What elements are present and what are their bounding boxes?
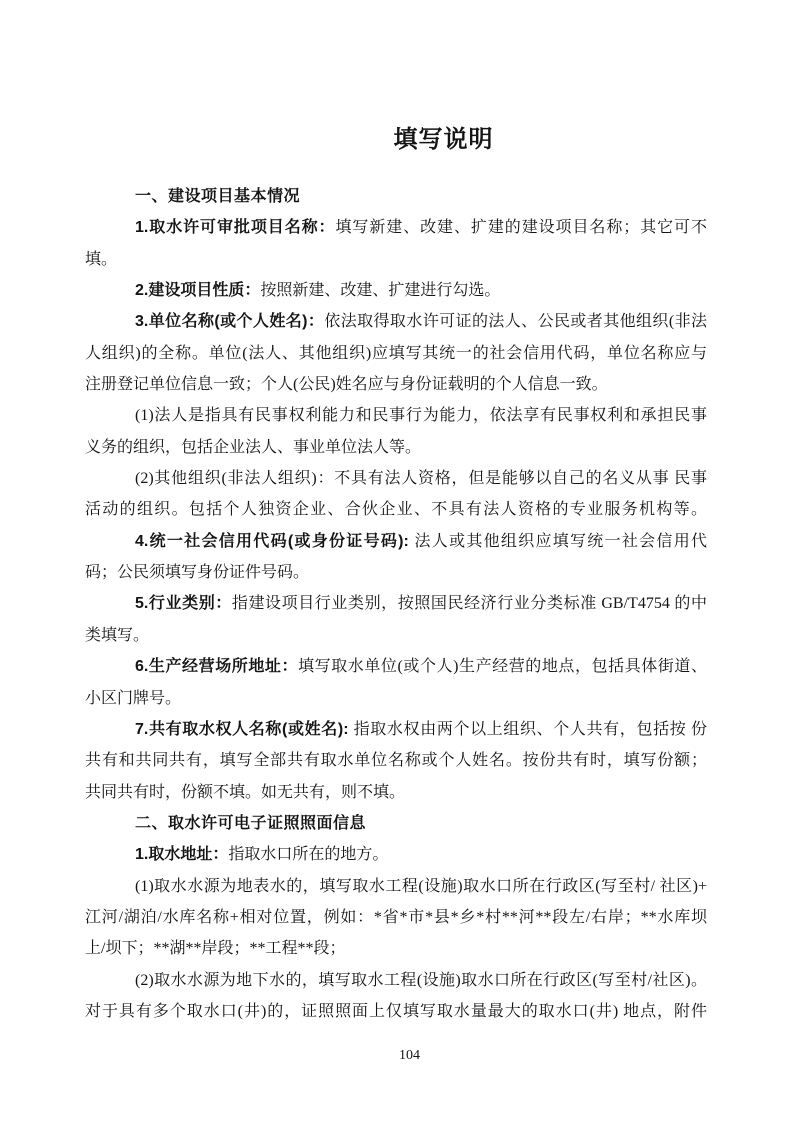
text-line: 5.行业类别：指建设项目行业类别，按照国民经济行业分类标准 GB/T4754 的…	[85, 588, 707, 619]
item-text: 注册登记单位信息一致；个人(公民)姓名应与身份证载明的个人信息一致。	[85, 376, 608, 393]
item-text: 类填写。	[85, 627, 149, 644]
text-line: 江河/湖泊/水库名称+相对位置，例如：*省*市*县*乡*村**河**段左/右岸；…	[85, 902, 707, 933]
item-text: 小区门牌号。	[85, 690, 181, 707]
page-title: 填写说明	[0, 123, 793, 157]
item-label: 2.建设项目性质：	[135, 282, 260, 299]
item-label: 3.单位名称(或个人姓名)：	[135, 313, 324, 330]
item-label: 1.取水许可审批项目名称：	[135, 219, 335, 236]
section-heading-label: 二、取水许可电子证照照面信息	[135, 815, 366, 832]
text-line: 类填写。	[85, 620, 707, 651]
item-label: 4.统一社会信用代码(或身份证号码):	[135, 533, 415, 550]
text-line: 3.单位名称(或个人姓名)：依法取得取水许可证的法人、公民或者其他组织(非法	[85, 306, 707, 337]
text-line: 共同共有时，份额不填。如无共有，则不填。	[85, 777, 707, 808]
text-line: 1.取水地址：指取水口所在的地方。	[85, 839, 707, 870]
text-line: (2)其他组织(非法人组织)：不具有法人资格，但是能够以自己的名义从事 民事	[85, 463, 707, 494]
text-line: 填。	[85, 244, 707, 275]
text-line: 小区门牌号。	[85, 683, 707, 714]
item-text: 依法取得取水许可证的法人、公民或者其他组织(非法	[324, 313, 707, 330]
item-text: (1)取水水源为地表水的，填写取水工程(设施)取水口所在行政区(写至村/ 社区)…	[135, 878, 707, 895]
item-text: 义务的组织，包括企业法人、事业单位法人等。	[85, 439, 421, 456]
text-line: 7.共有取水权人名称(或姓名): 指取水权由两个以上组织、个人共有，包括按 份	[85, 714, 707, 745]
item-text: 填写取水单位(或个人)生产经营的地点，包括具体街道、	[298, 658, 707, 675]
item-text: 共同共有时，份额不填。如无共有，则不填。	[85, 784, 405, 801]
document-page: 填写说明 一、建设项目基本情况 1.取水许可审批项目名称：填写新建、改建、扩建的…	[0, 0, 793, 1122]
text-line: 码；公民须填写身份证件号码。	[85, 557, 707, 588]
text-line: 活动的组织。包括个人独资企业、合伙企业、不具有法人资格的专业服务机构等。	[85, 494, 707, 525]
item-text: 江河/湖泊/水库名称+相对位置，例如：*省*市*县*乡*村**河**段左/右岸；…	[85, 909, 707, 926]
text-line: 共有和共同共有，填写全部共有取水单位名称或个人姓名。按份共有时，填写份额；	[85, 745, 707, 776]
item-label: 5.行业类别：	[135, 595, 232, 612]
text-line: 对于具有多个取水口(井)的，证照照面上仅填写取水量最大的取水口(井) 地点，附件	[85, 996, 707, 1027]
item-text: 人组织)的全称。单位(法人、其他组织)应填写其统一的社会信用代码，单位名称应与	[85, 345, 707, 362]
item-text: 活动的组织。包括个人独资企业、合伙企业、不具有法人资格的专业服务机构等。	[85, 501, 707, 518]
text-line: 义务的组织，包括企业法人、事业单位法人等。	[85, 432, 707, 463]
item-text: 码；公民须填写身份证件号码。	[85, 564, 309, 581]
item-text: 对于具有多个取水口(井)的，证照照面上仅填写取水量最大的取水口(井) 地点，附件	[85, 1003, 707, 1020]
text-line: 4.统一社会信用代码(或身份证号码): 法人或其他组织应填写统一社会信用代	[85, 526, 707, 557]
item-text: (2)其他组织(非法人组织)：不具有法人资格，但是能够以自己的名义从事 民事	[135, 470, 707, 487]
item-text: 共有和共同共有，填写全部共有取水单位名称或个人姓名。按份共有时，填写份额；	[85, 752, 707, 769]
item-text: 法人或其他组织应填写统一社会信用代	[415, 533, 707, 550]
page-number: 104	[0, 1046, 793, 1066]
text-line: (2)取水水源为地下水的，填写取水工程(设施)取水口所在行政区(写至村/社区)。	[85, 965, 707, 996]
item-label: 7.共有取水权人名称(或姓名):	[135, 721, 354, 738]
section-heading: 二、取水许可电子证照照面信息	[85, 808, 707, 839]
item-label: 1.取水地址：	[135, 846, 228, 863]
item-label: 6.生产经营场所地址：	[135, 658, 298, 675]
item-text: (2)取水水源为地下水的，填写取水工程(设施)取水口所在行政区(写至村/社区)。	[135, 972, 707, 989]
item-text: 上/坝下；**湖**岸段；**工程**段；	[85, 940, 345, 957]
text-line: (1)取水水源为地表水的，填写取水工程(设施)取水口所在行政区(写至村/ 社区)…	[85, 871, 707, 902]
text-line: 1.取水许可审批项目名称：填写新建、改建、扩建的建设项目名称；其它可不	[85, 212, 707, 243]
text-line: 注册登记单位信息一致；个人(公民)姓名应与身份证载明的个人信息一致。	[85, 369, 707, 400]
item-text: 按照新建、改建、扩建进行勾选。	[260, 282, 500, 299]
item-text: 指取水权由两个以上组织、个人共有，包括按 份	[354, 721, 707, 738]
text-line: 6.生产经营场所地址：填写取水单位(或个人)生产经营的地点，包括具体街道、	[85, 651, 707, 682]
text-line: (1)法人是指具有民事权利能力和民事行为能力，依法享有民事权利和承担民事	[85, 400, 707, 431]
text-line: 上/坝下；**湖**岸段；**工程**段；	[85, 933, 707, 964]
section-heading: 一、建设项目基本情况	[85, 181, 707, 212]
section-heading-label: 一、建设项目基本情况	[135, 188, 300, 205]
text-line: 人组织)的全称。单位(法人、其他组织)应填写其统一的社会信用代码，单位名称应与	[85, 338, 707, 369]
body-text: 一、建设项目基本情况 1.取水许可审批项目名称：填写新建、改建、扩建的建设项目名…	[85, 181, 707, 1027]
item-text: 指建设项目行业类别，按照国民经济行业分类标准 GB/T4754 的中	[232, 595, 707, 612]
text-line: 2.建设项目性质：按照新建、改建、扩建进行勾选。	[85, 275, 707, 306]
item-text: (1)法人是指具有民事权利能力和民事行为能力，依法享有民事权利和承担民事	[135, 407, 707, 424]
item-text: 指取水口所在的地方。	[228, 846, 388, 863]
item-text: 填。	[85, 251, 117, 268]
item-text: 填写新建、改建、扩建的建设项目名称；其它可不	[335, 219, 707, 236]
